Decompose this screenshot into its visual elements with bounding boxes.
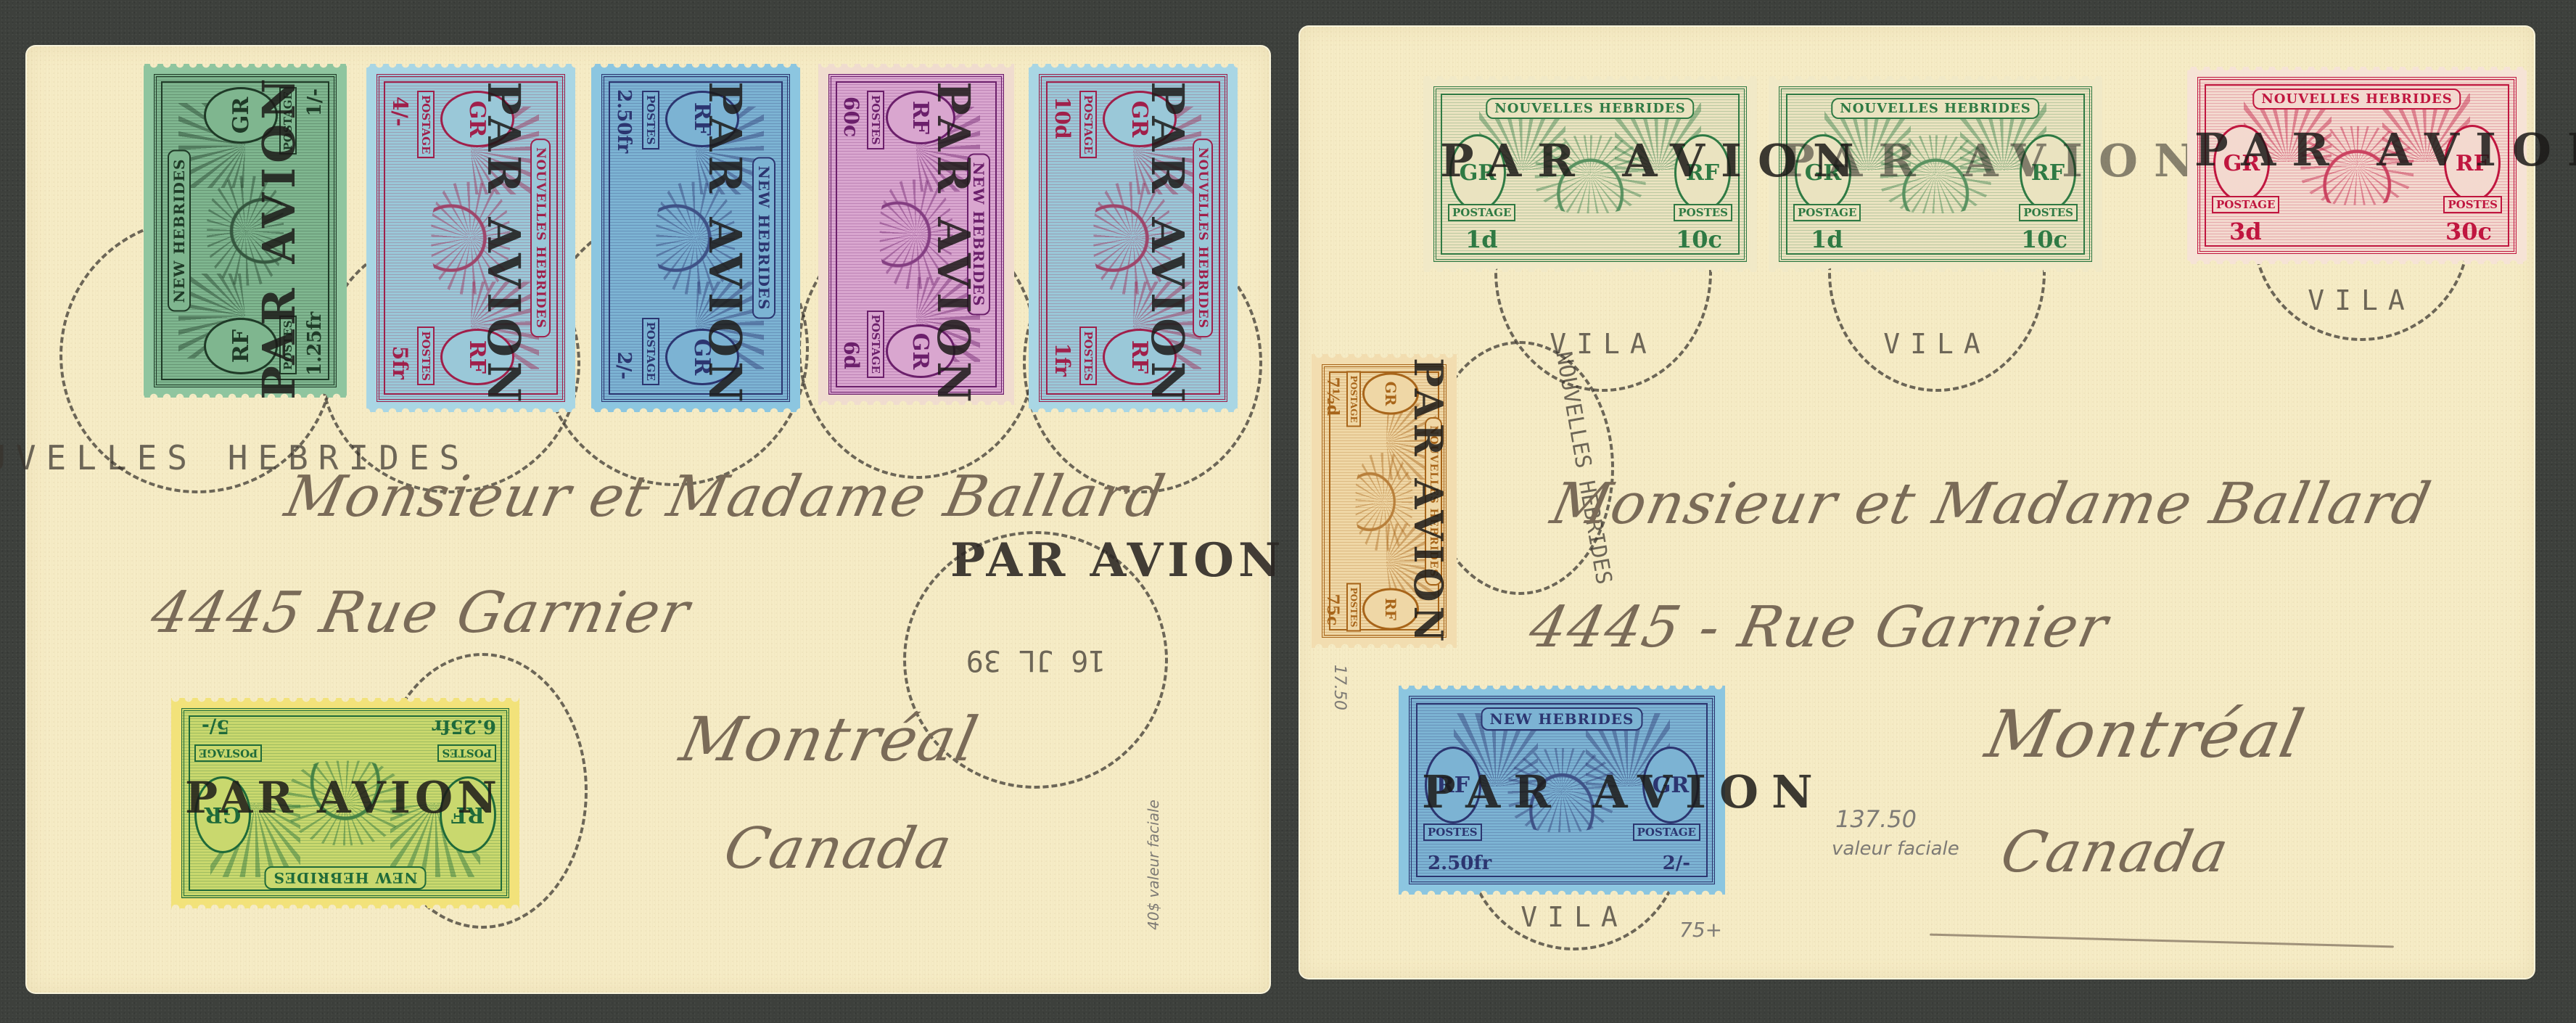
overprint-par-avion: PAR AVION bbox=[1405, 358, 1452, 646]
country-banner: NOUVELLES HEBRIDES bbox=[2252, 89, 2461, 110]
pencil-note-value: 137.50 bbox=[1835, 805, 1917, 833]
overprint-par-avion: PAR AVION bbox=[927, 81, 980, 407]
address-line-1: Monsieur et Madame Ballard bbox=[1545, 472, 2437, 537]
address-line-3: Montréal bbox=[1980, 697, 2312, 773]
stamp-5fr-carmine: NOUVELLES HEBRIDES GR RF POSTAGE POSTES … bbox=[366, 64, 575, 412]
idol-emblem bbox=[1355, 452, 1412, 550]
stamp-2-50fr-blue: NEW HEBRIDES RF GR POSTES POSTAGE 2.50fr… bbox=[591, 64, 800, 412]
par-avion-cachet: PAR AVION bbox=[950, 533, 1285, 588]
stamp-1fr-carmine: NOUVELLES HEBRIDES GR RF POSTAGE POSTES … bbox=[1029, 64, 1238, 412]
overprint-par-avion: PAR AVION bbox=[1781, 134, 2211, 187]
country-banner: NEW HEBRIDES bbox=[752, 157, 775, 319]
pencil-note-value-label: valeur faciale bbox=[1832, 838, 1959, 860]
country-banner: NEW HEBRIDES bbox=[168, 149, 191, 311]
overprint-par-avion: PAR AVION bbox=[477, 81, 530, 407]
country-banner: NOUVELLES HEBRIDES bbox=[1831, 98, 2039, 119]
country-banner: NEW HEBRIDES bbox=[1481, 707, 1642, 731]
overprint-par-avion: PAR AVION bbox=[2194, 123, 2576, 176]
country-banner: NOUVELLES HEBRIDES bbox=[1193, 139, 1213, 337]
address-line-4: Canada bbox=[1995, 820, 2234, 885]
pencil-note-bottom: 75+ bbox=[1679, 918, 1722, 942]
address-line-1: Monsieur et Madame Ballard bbox=[279, 464, 1171, 530]
address-line-2: 4445 Rue Garnier bbox=[145, 580, 696, 646]
address-line-2: 4445 - Rue Garnier bbox=[1523, 595, 2114, 660]
overprint-par-avion: PAR AVION bbox=[1422, 765, 1826, 818]
stamp-1-25fr-green: NEW HEBRIDES RF GR POSTES POSTAGE 1.25fr… bbox=[144, 64, 347, 398]
country-banner: NOUVELLES HEBRIDES bbox=[1486, 98, 1694, 119]
address-line-4: Canada bbox=[718, 816, 958, 882]
country-banner: NOUVELLES HEBRIDES bbox=[530, 139, 551, 337]
pencil-note-side: 17.50 bbox=[1330, 665, 1349, 710]
overprint-par-avion: PAR AVION bbox=[699, 81, 752, 407]
pencil-note: 40$ valeur faciale bbox=[1145, 800, 1162, 930]
address-line-3: Montréal bbox=[675, 704, 985, 775]
stamp-60c-purple: NEW HEBRIDES RF GR POSTES POSTAGE 60c 6d bbox=[818, 64, 1014, 405]
overprint-par-avion: PAR AVION bbox=[1141, 81, 1194, 407]
overprint-par-avion: PAR AVION bbox=[185, 773, 501, 823]
overprint-par-avion: PAR AVION bbox=[252, 74, 305, 400]
country-banner: NEW HEBRIDES bbox=[264, 866, 426, 890]
